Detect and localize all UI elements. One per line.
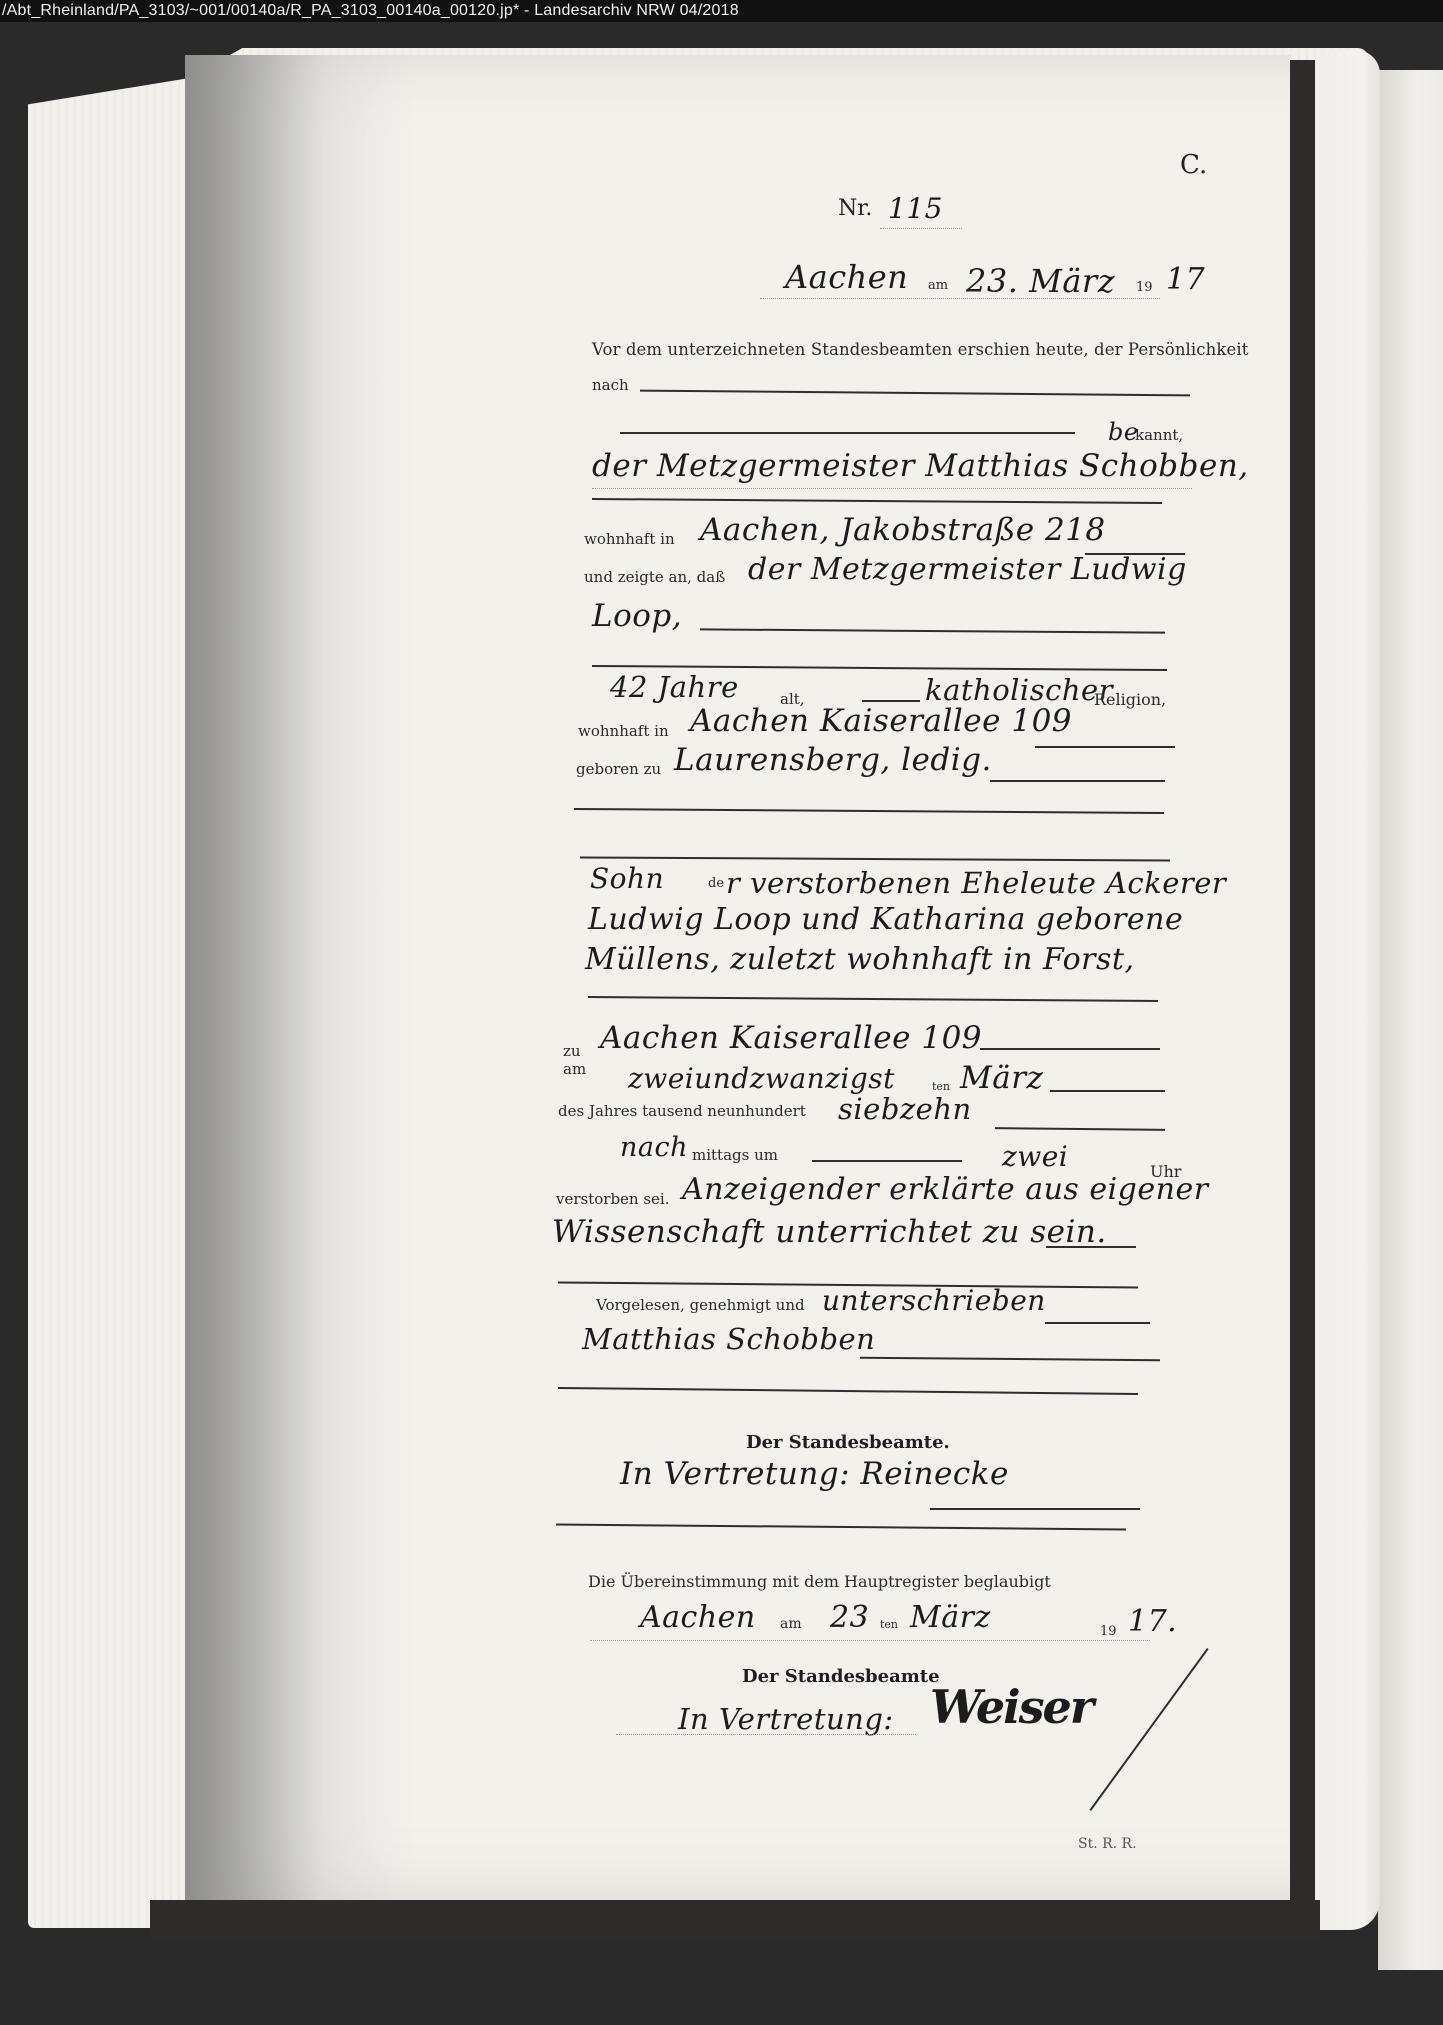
parents-de-label: de bbox=[708, 876, 724, 891]
death-year-word: siebzehn bbox=[838, 1092, 972, 1126]
cert-year-prefix: 19 bbox=[1100, 1624, 1117, 1639]
dotted-line bbox=[880, 228, 962, 229]
parents-prefix: Sohn bbox=[590, 862, 664, 895]
date-prefix: am bbox=[928, 278, 948, 293]
birthplace: Laurensberg, ledig. bbox=[674, 742, 992, 778]
cert-am: am bbox=[780, 1616, 802, 1632]
deceased-residence: Aachen Kaiserallee 109 bbox=[690, 703, 1072, 739]
cert-year-suffix: 17. bbox=[1128, 1604, 1177, 1639]
cert-ten-suffix: ten bbox=[880, 1618, 898, 1631]
certification-text: Die Übereinstimmung mit dem Hauptregiste… bbox=[588, 1572, 1051, 1591]
fill-line bbox=[1035, 746, 1175, 748]
death-day: zweiundzwanzigst bbox=[628, 1062, 895, 1095]
am-label: am bbox=[563, 1060, 586, 1078]
registrar-signature: In Vertretung: Reinecke bbox=[620, 1456, 1009, 1492]
dotted-line bbox=[590, 1640, 1150, 1641]
death-hour: zwei bbox=[1002, 1140, 1068, 1173]
parents-line1: r verstorbenen Eheleute Ackerer bbox=[726, 866, 1226, 900]
sheet-shadow bbox=[185, 55, 415, 1900]
window-title: /Abt_Rheinland/PA_3103/~001/00140a/R_PA_… bbox=[2, 2, 739, 19]
fill-line bbox=[1045, 1322, 1150, 1324]
declaration-line1: Anzeigender erklärte aus eigener bbox=[682, 1172, 1209, 1207]
fill-line bbox=[1050, 1090, 1165, 1092]
dotted-line bbox=[760, 298, 1160, 299]
vorgelesen-label: Vorgelesen, genehmigt und bbox=[596, 1296, 805, 1314]
time-prefix: nach bbox=[620, 1132, 688, 1163]
parents-line2: Ludwig Loop und Katharina geborene bbox=[588, 902, 1183, 937]
nach-label: nach bbox=[592, 376, 629, 394]
fill-line bbox=[1046, 1246, 1136, 1248]
record-number: 115 bbox=[888, 192, 943, 225]
cert-signature-prefix: In Vertretung: bbox=[678, 1702, 894, 1736]
death-place: Aachen Kaiserallee 109 bbox=[600, 1020, 982, 1056]
intro-text: Vor dem unterzeichneten Standesbeamten e… bbox=[592, 340, 1248, 359]
dotted-line bbox=[616, 1734, 916, 1735]
deceased-age: 42 Jahre bbox=[610, 670, 739, 704]
window-title-bar: /Abt_Rheinland/PA_3103/~001/00140a/R_PA_… bbox=[0, 0, 1443, 22]
cert-heading: Der Standesbeamte bbox=[742, 1666, 940, 1687]
bekannt-label: kannt, bbox=[1135, 426, 1183, 444]
declaration-line2: Wissenschaft unterrichtet zu sein. bbox=[552, 1214, 1107, 1250]
year-suffix: 17 bbox=[1166, 262, 1205, 297]
dotted-line bbox=[592, 488, 1192, 489]
und-zeigte-label: und zeigte an, daß bbox=[584, 568, 725, 586]
wohnhaft-label: wohnhaft in bbox=[584, 530, 675, 548]
year-prefix: 19 bbox=[1136, 280, 1153, 295]
mittags-label: mittags um bbox=[692, 1146, 778, 1164]
registration-place: Aachen bbox=[785, 258, 908, 296]
book-page-edge bbox=[1320, 50, 1380, 1930]
cert-day: 23 bbox=[830, 1600, 869, 1635]
deceased-name-line2: Loop, bbox=[592, 598, 682, 634]
zu-label: zu bbox=[563, 1042, 581, 1060]
footer-mark: St. R. R. bbox=[1078, 1836, 1137, 1852]
cert-signature: Weiser bbox=[930, 1680, 1092, 1734]
wohnhaft-label-2: wohnhaft in bbox=[578, 722, 669, 740]
corner-mark: C. bbox=[1180, 150, 1207, 180]
record-number-label: Nr. bbox=[838, 196, 872, 221]
informant-signature: Matthias Schobben bbox=[582, 1322, 875, 1356]
verstorben-label: verstorben sei. bbox=[556, 1190, 670, 1208]
registrar-heading: Der Standesbeamte. bbox=[746, 1432, 950, 1453]
geboren-label: geboren zu bbox=[576, 760, 661, 778]
adjacent-page bbox=[1378, 70, 1443, 1970]
death-month: März bbox=[960, 1060, 1043, 1096]
religion-value: katholischer bbox=[925, 673, 1113, 707]
informant-residence: Aachen, Jakobstraße 218 bbox=[700, 512, 1106, 548]
page-dark-margin-right bbox=[1290, 60, 1315, 1930]
deceased-name-line1: der Metzgermeister Ludwig bbox=[748, 552, 1187, 587]
fill-line bbox=[980, 1048, 1160, 1050]
page-dark-margin-bottom bbox=[150, 1900, 1320, 1940]
bekannt-prefix: be bbox=[1108, 418, 1139, 446]
parents-line3: Müllens, zuletzt wohnhaft in Forst, bbox=[585, 942, 1135, 977]
unterschrieben: unterschrieben bbox=[822, 1284, 1046, 1317]
fill-line bbox=[990, 780, 1165, 782]
fill-line bbox=[930, 1508, 1140, 1510]
fill-line bbox=[812, 1160, 962, 1162]
jahres-label: des Jahres tausend neunhundert bbox=[558, 1102, 806, 1120]
informant-name: der Metzgermeister Matthias Schobben, bbox=[592, 448, 1249, 484]
religion-label: Religion, bbox=[1094, 690, 1166, 709]
fill-line bbox=[620, 432, 1075, 434]
cert-month: März bbox=[910, 1600, 991, 1635]
registration-date: 23. März bbox=[966, 262, 1115, 300]
fill-line bbox=[862, 700, 920, 702]
cert-place: Aachen bbox=[640, 1600, 756, 1635]
